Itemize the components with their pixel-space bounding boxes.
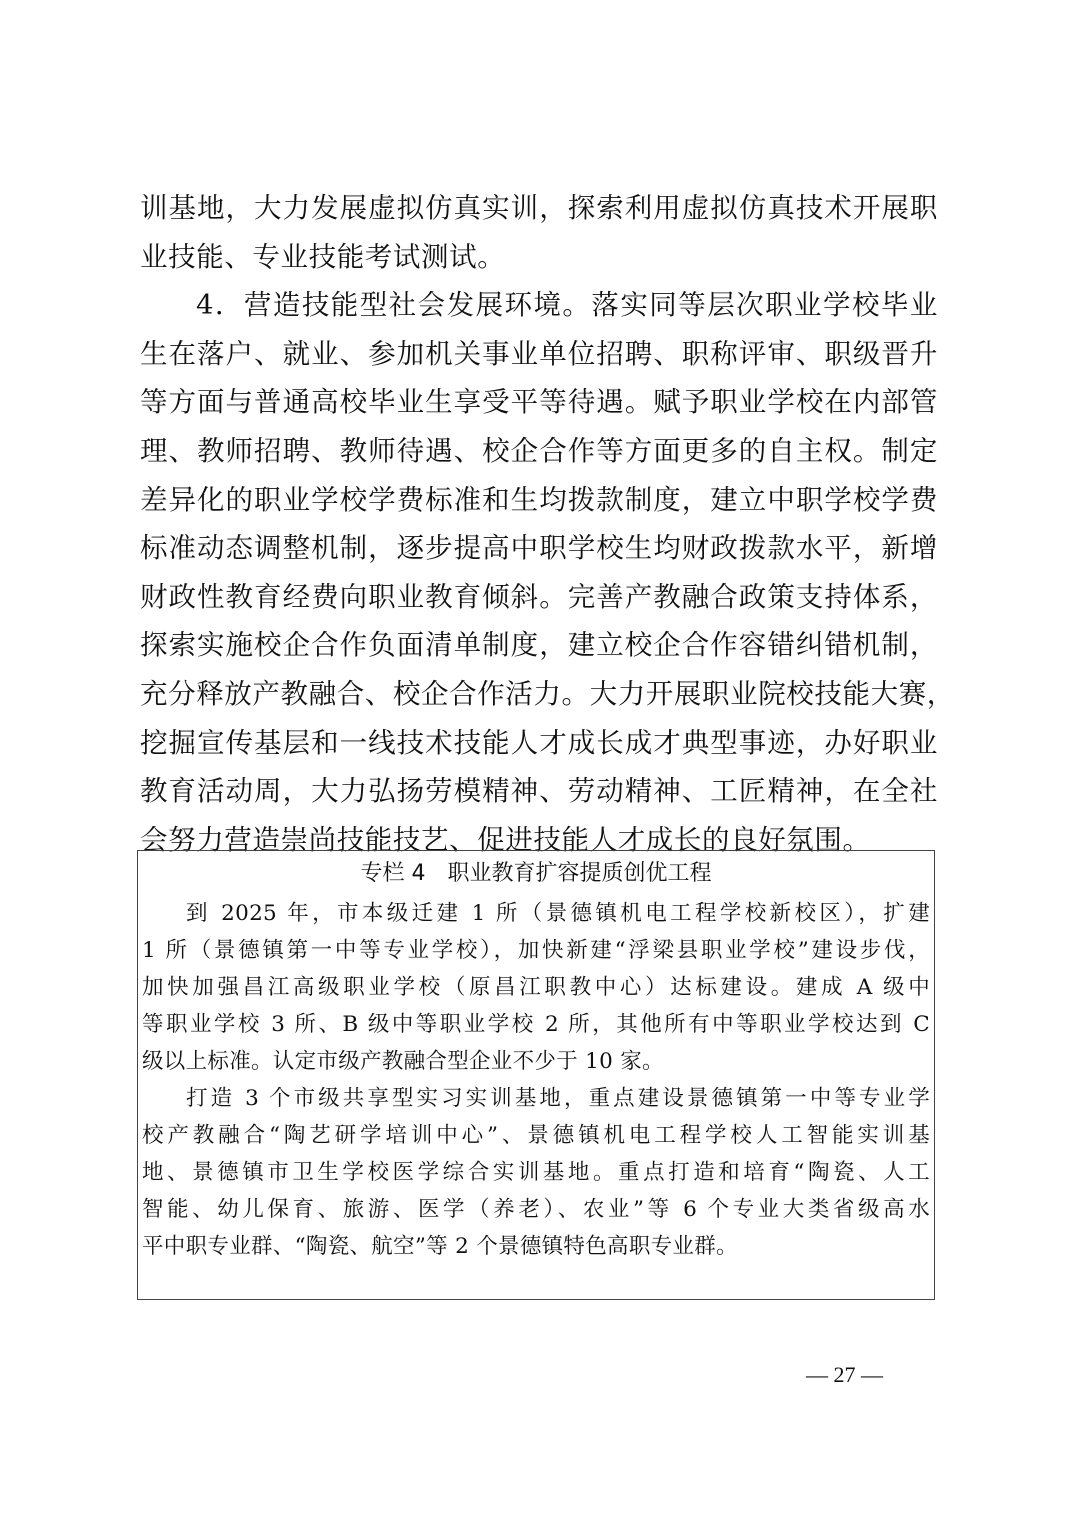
box-text-line: 级以上标准。认定市级产教融合型企业不少于 10 家。 <box>142 1043 930 1080</box>
box-text-line: 智能、幼儿保育、旅游、医学（养老）、农业”等 6 个专业大类省级高水 <box>142 1191 930 1228</box>
box-text-line: 等职业学校 3 所、B 级中等职业学校 2 所，其他所有中等职业学校达到 C <box>142 1006 930 1043</box>
text-line: 等方面与普通高校毕业生享受平等待遇。赋予职业学校在内部管 <box>140 378 938 427</box>
text-line: 差异化的职业学校学费标准和生均拨款制度，建立中职学校学费 <box>140 476 938 525</box>
text-line: 理、教师招聘、教师待遇、校企合作等方面更多的自主权。制定 <box>140 427 938 476</box>
section-heading-line: 4．营造技能型社会发展环境。落实同等层次职业学校毕业 <box>140 281 938 330</box>
body-text: 训基地，大力发展虚拟仿真实训，探索利用虚拟仿真技术开展职 业技能、专业技能考试测… <box>140 184 938 864</box>
box-text-line: 加快加强昌江高级职业学校（原昌江职教中心）达标建设。建成 A 级中 <box>142 969 930 1006</box>
text-line: 训基地，大力发展虚拟仿真实训，探索利用虚拟仿真技术开展职 <box>140 184 938 233</box>
document-page: 训基地，大力发展虚拟仿真实训，探索利用虚拟仿真技术开展职 业技能、专业技能考试测… <box>0 0 1074 1520</box>
text-line: 探索实施校企合作负面清单制度，建立校企合作容错纠错机制， <box>140 621 938 670</box>
page-number: — 27 — <box>806 1360 883 1390</box>
box-text-line: 到 2025 年，市本级迁建 1 所（景德镇机电工程学校新校区），扩建 <box>142 895 930 932</box>
column-box: 专栏 4 职业教育扩容提质创优工程 到 2025 年，市本级迁建 1 所（景德镇… <box>137 850 935 1300</box>
box-text-line: 打造 3 个市级共享型实习实训基地，重点建设景德镇第一中等专业学 <box>142 1080 930 1117</box>
text-line: 充分释放产教融合、校企合作活力。大力开展职业院校技能大赛， <box>140 670 938 719</box>
text-line: 挖掘宣传基层和一线技术技能人才成长成才典型事迹，办好职业 <box>140 719 938 768</box>
box-body: 到 2025 年，市本级迁建 1 所（景德镇机电工程学校新校区），扩建 1 所（… <box>142 895 930 1265</box>
text-line: 教育活动周，大力弘扬劳模精神、劳动精神、工匠精神，在全社 <box>140 767 938 816</box>
text-line: 财政性教育经费向职业教育倾斜。完善产教融合政策支持体系， <box>140 573 938 622</box>
box-text-line: 1 所（景德镇第一中等专业学校），加快新建“浮梁县职业学校”建设步伐， <box>142 932 930 969</box>
text-line: 业技能、专业技能考试测试。 <box>140 233 938 282</box>
box-title: 专栏 4 职业教育扩容提质创优工程 <box>138 859 934 889</box>
box-text-line: 地、景德镇市卫生学校医学综合实训基地。重点打造和培育“陶瓷、人工 <box>142 1154 930 1191</box>
text-line: 生在落户、就业、参加机关事业单位招聘、职称评审、职级晋升 <box>140 330 938 379</box>
box-text-line: 平中职专业群、“陶瓷、航空”等 2 个景德镇特色高职专业群。 <box>142 1228 930 1265</box>
box-text-line: 校产教融合“陶艺研学培训中心”、景德镇机电工程学校人工智能实训基 <box>142 1117 930 1154</box>
text-line: 标准动态调整机制，逐步提高中职学校生均财政拨款水平，新增 <box>140 524 938 573</box>
